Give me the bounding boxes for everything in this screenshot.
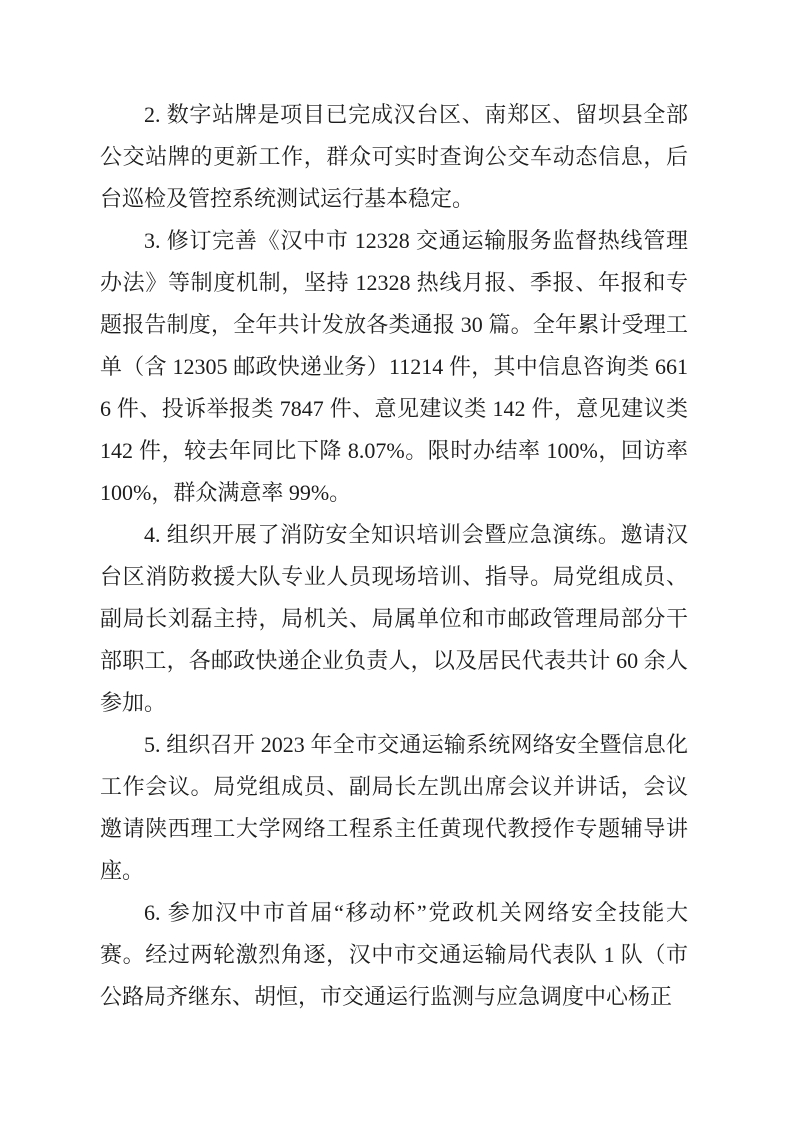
document-text-block: 2. 数字站牌是项目已完成汉台区、南郑区、留坝县全部公交站牌的更新工作，群众可实… (100, 94, 688, 1018)
paragraph-item-2: 2. 数字站牌是项目已完成汉台区、南郑区、留坝县全部公交站牌的更新工作，群众可实… (100, 94, 688, 220)
document-page: 2. 数字站牌是项目已完成汉台区、南郑区、留坝县全部公交站牌的更新工作，群众可实… (0, 0, 793, 1122)
paragraph-item-4: 4. 组织开展了消防安全知识培训会暨应急演练。邀请汉台区消防救援大队专业人员现场… (100, 514, 688, 724)
paragraph-item-5: 5. 组织召开 2023 年全市交通运输系统网络安全暨信息化工作会议。局党组成员… (100, 724, 688, 892)
paragraph-item-3: 3. 修订完善《汉中市 12328 交通运输服务监督热线管理办法》等制度机制，坚… (100, 220, 688, 514)
paragraph-item-6: 6. 参加汉中市首届“移动杯”党政机关网络安全技能大赛。经过两轮激烈角逐，汉中市… (100, 892, 688, 1018)
